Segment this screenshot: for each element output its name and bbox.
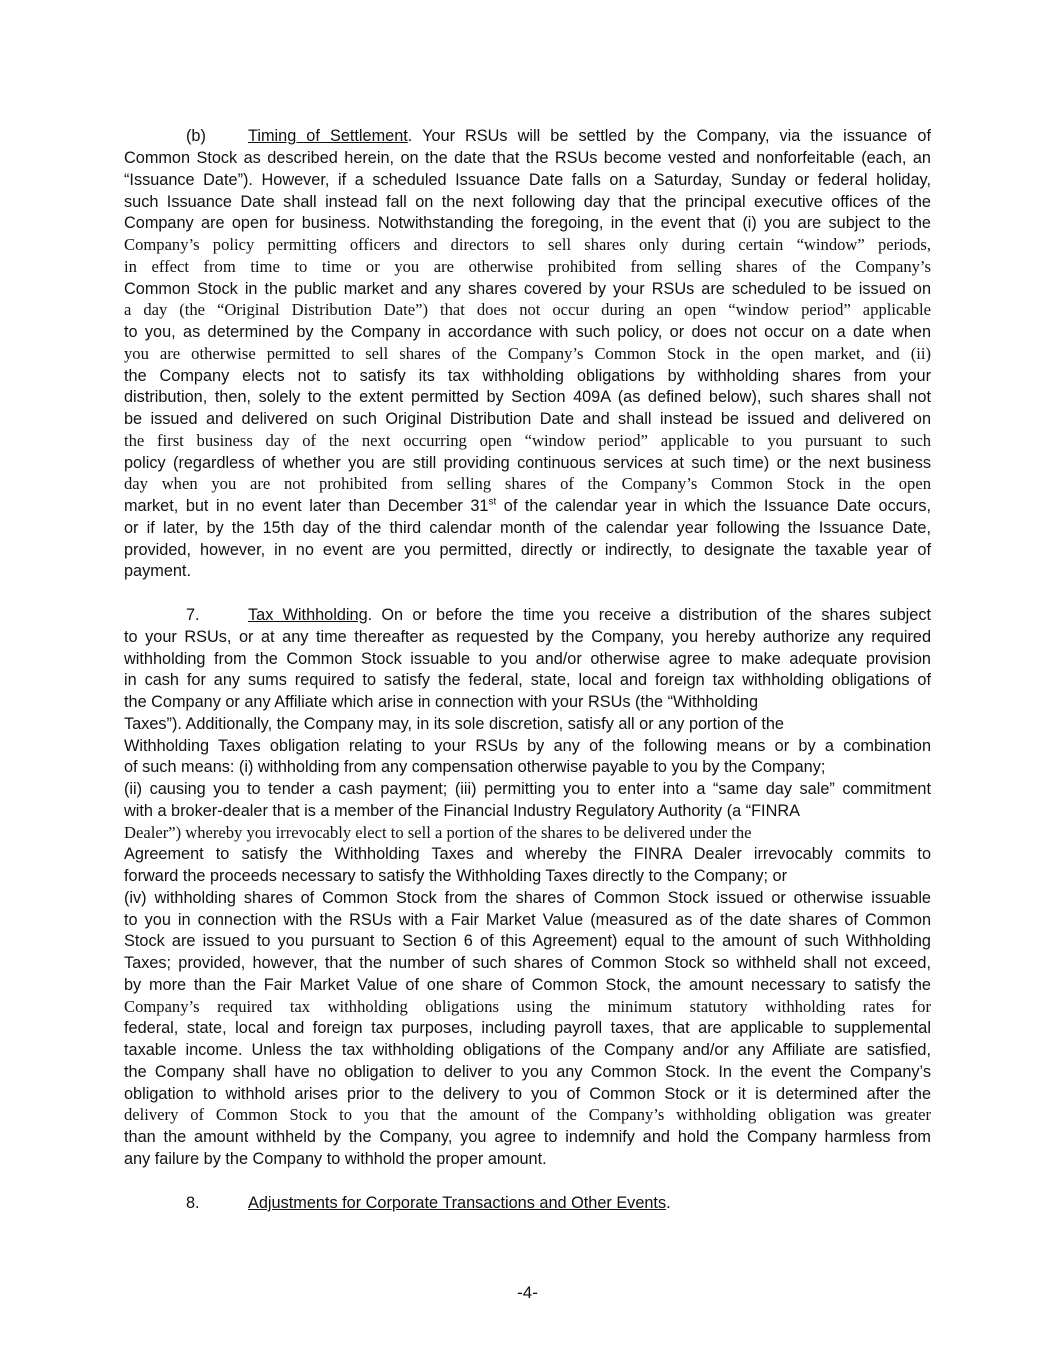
section-b-line: provided, however, in no event are you p… <box>124 540 931 560</box>
section-7-line: Dealer”) whereby you irrevocably elect t… <box>124 823 931 843</box>
section-b-december-line: market, but in no event later than Decem… <box>124 496 931 516</box>
page-number: -4- <box>0 1283 1055 1303</box>
section-8-trailing: . <box>666 1194 671 1212</box>
section-b-line: day when you are not prohibited from sel… <box>124 474 931 494</box>
section-b-heading-line: (b)Timing of Settlement. Your RSUs will … <box>124 126 931 146</box>
december-line-text-end: of the calendar year in which the Issuan… <box>496 497 931 515</box>
section-7-line: any failure by the Company to withhold t… <box>124 1149 931 1169</box>
section-8-label: 8. <box>186 1193 248 1213</box>
section-7-line-0: . On or before the time you receive a di… <box>368 606 931 624</box>
section-7-line: to you in connection with the RSUs with … <box>124 910 931 930</box>
section-b-line: or if later, by the 15th day of the thir… <box>124 518 931 538</box>
section-b-line: “Issuance Date”). However, if a schedule… <box>124 170 931 190</box>
section-b-line: Common Stock in the public market and an… <box>124 279 931 299</box>
section-b-line: the Company elects not to satisfy its ta… <box>124 366 931 386</box>
section-7-line: federal, state, local and foreign tax pu… <box>124 1018 931 1038</box>
section-7-heading-line: 7.Tax Withholding. On or before the time… <box>124 605 931 625</box>
december-line-text: market, but in no event later than Decem… <box>124 497 488 515</box>
section-7-line: (iv) withholding shares of Common Stock … <box>124 888 931 908</box>
section-b-line: be issued and delivered on such Original… <box>124 409 931 429</box>
section-b-line: policy (regardless of whether you are st… <box>124 453 931 473</box>
section-b-line: Common Stock as described herein, on the… <box>124 148 931 168</box>
section-7-line: forward the proceeds necessary to satisf… <box>124 866 931 886</box>
section-7-line: Taxes”). Additionally, the Company may, … <box>124 714 931 734</box>
section-8-heading-line: 8.Adjustments for Corporate Transactions… <box>124 1193 931 1213</box>
section-b-line: you are otherwise permitted to sell shar… <box>124 344 931 364</box>
section-7-line: Agreement to satisfy the Withholding Tax… <box>124 844 931 864</box>
section-7-line: obligation to withhold arises prior to t… <box>124 1084 931 1104</box>
section-b-line: in effect from time to time or you are o… <box>124 257 931 277</box>
section-7-line: Taxes; provided, however, that the numbe… <box>124 953 931 973</box>
section-8-title: Adjustments for Corporate Transactions a… <box>248 1194 666 1212</box>
document-page: (b)Timing of Settlement. Your RSUs will … <box>0 0 1055 1365</box>
section-7-line: Stock are issued to you pursuant to Sect… <box>124 931 931 951</box>
section-b-title: Timing of Settlement <box>248 127 408 145</box>
section-7-line: than the amount withheld by the Company,… <box>124 1127 931 1147</box>
section-b-line-0: . Your RSUs will be settled by the Compa… <box>408 127 931 145</box>
section-7-line: with a broker-dealer that is a member of… <box>124 801 931 821</box>
section-b-line: the first business day of the next occur… <box>124 431 931 451</box>
section-7-line: taxable income. Unless the tax withholdi… <box>124 1040 931 1060</box>
section-b-line: such Issuance Date shall instead fall on… <box>124 192 931 212</box>
section-7-line: delivery of Common Stock to you that the… <box>124 1105 931 1125</box>
section-b-line: a day (the “Original Distribution Date”)… <box>124 300 931 320</box>
section-7-line: by more than the Fair Market Value of on… <box>124 975 931 995</box>
section-b-line: to you, as determined by the Company in … <box>124 322 931 342</box>
section-7-line: Withholding Taxes obligation relating to… <box>124 736 931 756</box>
section-b-line: Company’s policy permitting officers and… <box>124 235 931 255</box>
section-b-line: payment. <box>124 561 931 581</box>
section-7-label: 7. <box>186 605 248 625</box>
section-7-line: Company’s required tax withholding oblig… <box>124 997 931 1017</box>
section-7-title: Tax Withholding <box>248 606 368 624</box>
section-b-label: (b) <box>186 126 248 146</box>
section-7-line: to your RSUs, or at any time thereafter … <box>124 627 931 647</box>
section-b-line: Company are open for business. Notwithst… <box>124 213 931 233</box>
section-7-line: in cash for any sums required to satisfy… <box>124 670 931 690</box>
section-7-line: of such means: (i) withholding from any … <box>124 757 931 777</box>
section-b-line: distribution, then, solely to the extent… <box>124 387 931 407</box>
section-7-line: (ii) causing you to tender a cash paymen… <box>124 779 931 799</box>
section-7-line: the Company or any Affiliate which arise… <box>124 692 931 712</box>
section-7-line: the Company shall have no obligation to … <box>124 1062 931 1082</box>
section-7-line: withholding from the Common Stock issuab… <box>124 649 931 669</box>
